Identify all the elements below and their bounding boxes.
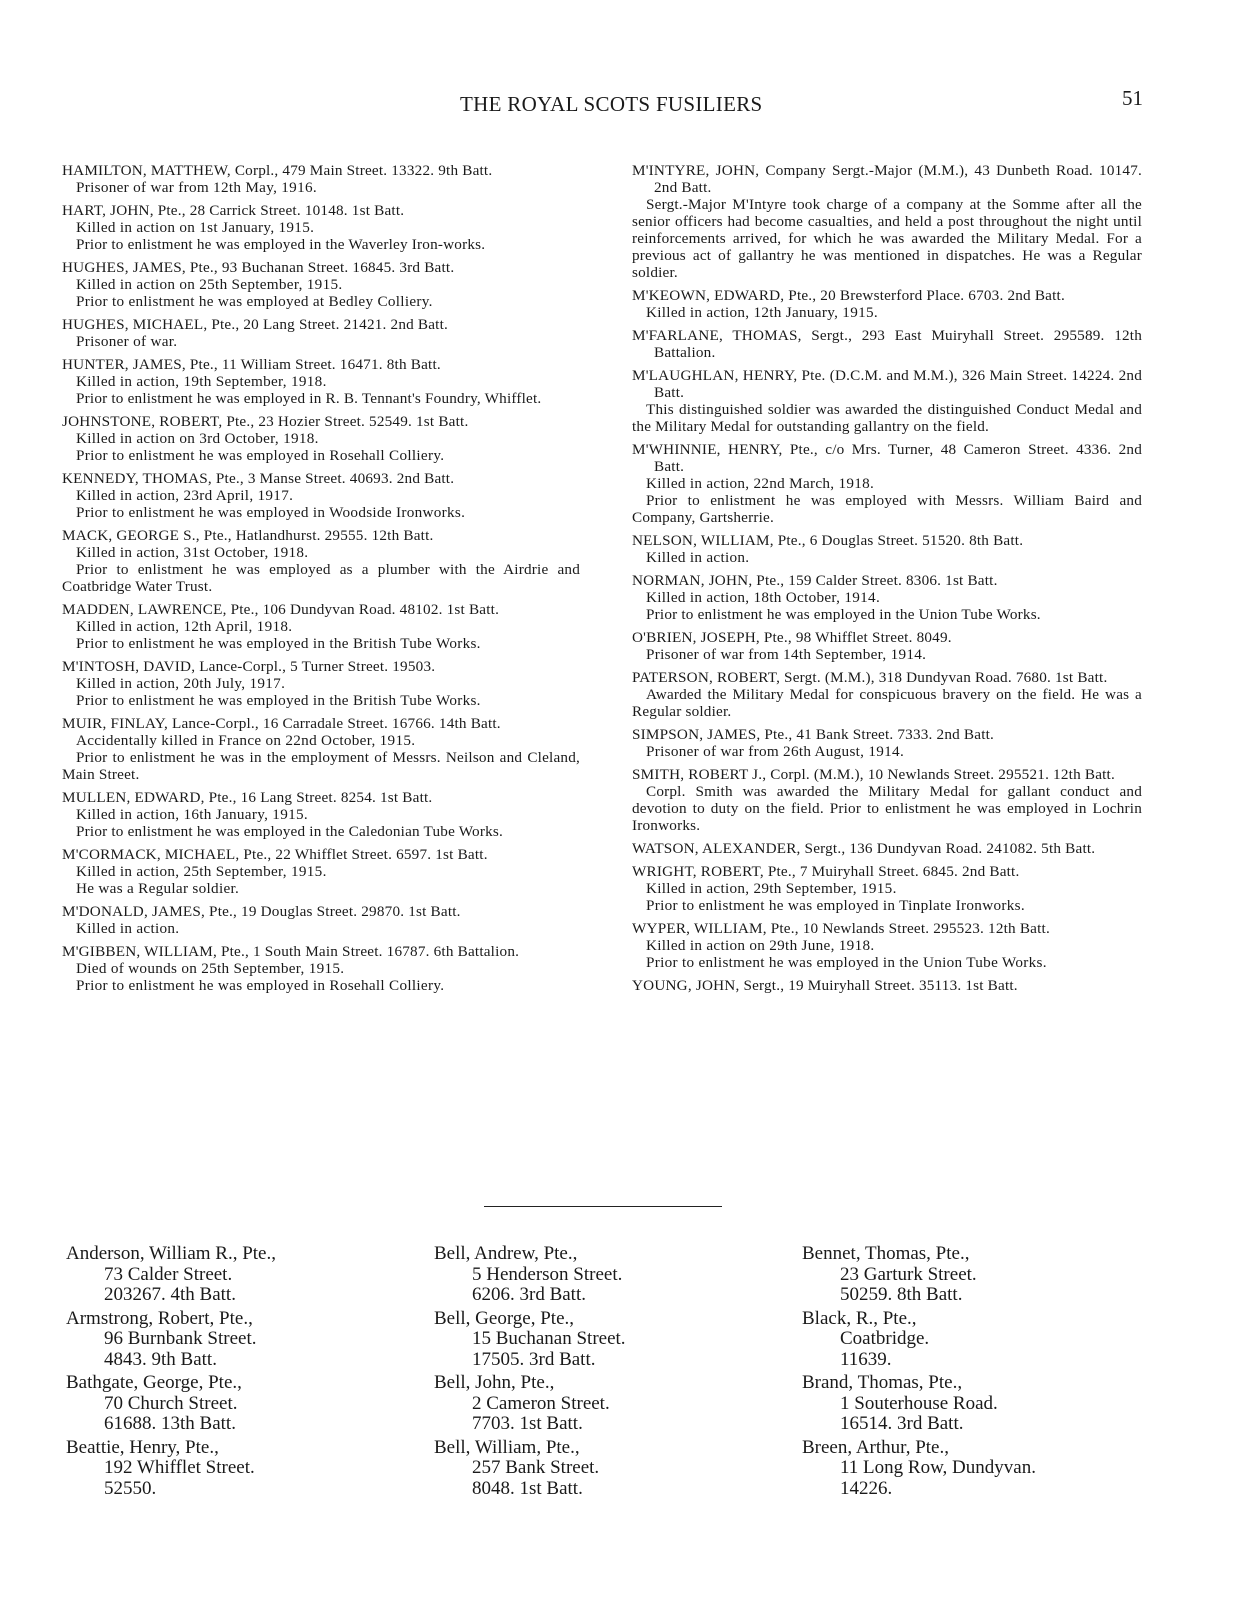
entry-heading: HART, JOHN, Pte., 28 Carrick Street. 101… bbox=[62, 202, 580, 219]
entry-note: Killed in action, 18th October, 1914. bbox=[632, 589, 1142, 606]
entry-note: Prior to enlistment he was employed at B… bbox=[62, 293, 580, 310]
roll-number: 52550. bbox=[66, 1479, 406, 1500]
roll-number: 6206. 3rd Batt. bbox=[434, 1285, 774, 1306]
roll-address: 2 Cameron Street. bbox=[434, 1394, 774, 1415]
casualty-entry: HAMILTON, MATTHEW, Corpl., 479 Main Stre… bbox=[62, 162, 580, 196]
entry-heading: JOHNSTONE, ROBERT, Pte., 23 Hozier Stree… bbox=[62, 413, 580, 430]
casualty-entry: WYPER, WILLIAM, Pte., 10 Newlands Street… bbox=[632, 920, 1142, 971]
roll-entry: Brand, Thomas, Pte.,1 Souterhouse Road.1… bbox=[802, 1373, 1142, 1435]
entry-heading: M'WHINNIE, HENRY, Pte., c/o Mrs. Turner,… bbox=[632, 441, 1142, 475]
casualty-entry: MACK, GEORGE S., Pte., Hatlandhurst. 295… bbox=[62, 527, 580, 595]
roll-entry: Bell, Andrew, Pte.,5 Henderson Street.62… bbox=[434, 1244, 774, 1306]
entry-note: Killed in action, 20th July, 1917. bbox=[62, 675, 580, 692]
roll-name: Bell, John, Pte., bbox=[434, 1373, 774, 1394]
entry-heading: HAMILTON, MATTHEW, Corpl., 479 Main Stre… bbox=[62, 162, 580, 179]
right-column: M'INTYRE, JOHN, Company Sergt.-Major (M.… bbox=[632, 162, 1142, 1000]
entry-heading: M'CORMACK, MICHAEL, Pte., 22 Whifflet St… bbox=[62, 846, 580, 863]
roll-number: 11639. bbox=[802, 1350, 1142, 1371]
roll-number: 61688. 13th Batt. bbox=[66, 1414, 406, 1435]
roll-name: Black, R., Pte., bbox=[802, 1309, 1142, 1330]
entry-paragraph: Prior to enlistment he was employed in t… bbox=[62, 823, 580, 840]
roll-entry: Bell, John, Pte.,2 Cameron Street.7703. … bbox=[434, 1373, 774, 1435]
entry-note: Prior to enlistment he was employed in R… bbox=[62, 977, 580, 994]
casualty-entry: SIMPSON, JAMES, Pte., 41 Bank Street. 73… bbox=[632, 726, 1142, 760]
entry-note: Prisoner of war from 14th September, 191… bbox=[632, 646, 1142, 663]
entry-paragraph: Awarded the Military Medal for conspicuo… bbox=[632, 686, 1142, 720]
roll-name: Brand, Thomas, Pte., bbox=[802, 1373, 1142, 1394]
roll-name: Anderson, William R., Pte., bbox=[66, 1244, 406, 1265]
casualty-entry: HUNTER, JAMES, Pte., 11 William Street. … bbox=[62, 356, 580, 407]
entry-note: Accidentally killed in France on 22nd Oc… bbox=[62, 732, 580, 749]
casualty-entry: M'WHINNIE, HENRY, Pte., c/o Mrs. Turner,… bbox=[632, 441, 1142, 526]
roll-entry: Black, R., Pte.,Coatbridge.11639. bbox=[802, 1309, 1142, 1371]
entry-heading: HUGHES, JAMES, Pte., 93 Buchanan Street.… bbox=[62, 259, 580, 276]
casualty-entry: O'BRIEN, JOSEPH, Pte., 98 Whifflet Stree… bbox=[632, 629, 1142, 663]
entry-heading: PATERSON, ROBERT, Sergt. (M.M.), 318 Dun… bbox=[632, 669, 1142, 686]
entry-heading: M'LAUGHLAN, HENRY, Pte. (D.C.M. and M.M.… bbox=[632, 367, 1142, 401]
entry-note: Prior to enlistment he was employed in W… bbox=[62, 504, 580, 521]
roll-name: Breen, Arthur, Pte., bbox=[802, 1438, 1142, 1459]
running-title: THE ROYAL SCOTS FUSILIERS bbox=[460, 92, 763, 117]
entry-heading: MULLEN, EDWARD, Pte., 16 Lang Street. 82… bbox=[62, 789, 580, 806]
roll-address: 11 Long Row, Dundyvan. bbox=[802, 1458, 1142, 1479]
roll-address: 5 Henderson Street. bbox=[434, 1265, 774, 1286]
entry-paragraph: Prior to enlistment he was employed in t… bbox=[62, 236, 580, 253]
entry-note: Prior to enlistment he was employed in t… bbox=[632, 954, 1142, 971]
casualty-entry: JOHNSTONE, ROBERT, Pte., 23 Hozier Stree… bbox=[62, 413, 580, 464]
casualty-entry: HUGHES, JAMES, Pte., 93 Buchanan Street.… bbox=[62, 259, 580, 310]
entry-heading: HUGHES, MICHAEL, Pte., 20 Lang Street. 2… bbox=[62, 316, 580, 333]
entry-note: Killed in action, 31st October, 1918. bbox=[62, 544, 580, 561]
entry-heading: M'KEOWN, EDWARD, Pte., 20 Brewsterford P… bbox=[632, 287, 1142, 304]
roll-address: 192 Whifflet Street. bbox=[66, 1458, 406, 1479]
casualty-entry: M'LAUGHLAN, HENRY, Pte. (D.C.M. and M.M.… bbox=[632, 367, 1142, 435]
casualty-entry: MADDEN, LAWRENCE, Pte., 106 Dundyvan Roa… bbox=[62, 601, 580, 652]
entry-note: Killed in action, 12th January, 1915. bbox=[632, 304, 1142, 321]
roll-address: Coatbridge. bbox=[802, 1329, 1142, 1350]
roll-entry: Breen, Arthur, Pte.,11 Long Row, Dundyva… bbox=[802, 1438, 1142, 1500]
entry-paragraph: Prior to enlistment he was employed with… bbox=[632, 492, 1142, 526]
casualty-entry: HUGHES, MICHAEL, Pte., 20 Lang Street. 2… bbox=[62, 316, 580, 350]
entry-note: Killed in action. bbox=[62, 920, 580, 937]
casualty-entry: PATERSON, ROBERT, Sergt. (M.M.), 318 Dun… bbox=[632, 669, 1142, 720]
entry-note: Prisoner of war. bbox=[62, 333, 580, 350]
roll-number: 17505. 3rd Batt. bbox=[434, 1350, 774, 1371]
entry-note: Killed in action on 25th September, 1915… bbox=[62, 276, 580, 293]
entry-heading: MACK, GEORGE S., Pte., Hatlandhurst. 295… bbox=[62, 527, 580, 544]
casualty-entry: M'GIBBEN, WILLIAM, Pte., 1 South Main St… bbox=[62, 943, 580, 994]
roll-entry: Anderson, William R., Pte.,73 Calder Str… bbox=[66, 1244, 406, 1306]
casualty-entry: MUIR, FINLAY, Lance-Corpl., 16 Carradale… bbox=[62, 715, 580, 783]
casualty-entry: M'KEOWN, EDWARD, Pte., 20 Brewsterford P… bbox=[632, 287, 1142, 321]
entry-heading: SMITH, ROBERT J., Corpl. (M.M.), 10 Newl… bbox=[632, 766, 1142, 783]
entry-heading: NELSON, WILLIAM, Pte., 6 Douglas Street.… bbox=[632, 532, 1142, 549]
entry-heading: M'INTYRE, JOHN, Company Sergt.-Major (M.… bbox=[632, 162, 1142, 196]
roll-column-3: Bennet, Thomas, Pte.,23 Garturk Street.5… bbox=[802, 1244, 1142, 1502]
entry-note: Killed in action, 23rd April, 1917. bbox=[62, 487, 580, 504]
entry-paragraph: Prior to enlistment he was employed in t… bbox=[632, 606, 1142, 623]
casualty-entry: WATSON, ALEXANDER, Sergt., 136 Dundyvan … bbox=[632, 840, 1142, 857]
left-column: HAMILTON, MATTHEW, Corpl., 479 Main Stre… bbox=[62, 162, 580, 1000]
entry-note: Prior to enlistment he was employed in T… bbox=[632, 897, 1142, 914]
casualty-entry: M'DONALD, JAMES, Pte., 19 Douglas Street… bbox=[62, 903, 580, 937]
roll-entry: Beattie, Henry, Pte.,192 Whifflet Street… bbox=[66, 1438, 406, 1500]
roll-address: 73 Calder Street. bbox=[66, 1265, 406, 1286]
roll-name: Bell, Andrew, Pte., bbox=[434, 1244, 774, 1265]
roll-name: Armstrong, Robert, Pte., bbox=[66, 1309, 406, 1330]
entry-heading: YOUNG, JOHN, Sergt., 19 Muiryhall Street… bbox=[632, 977, 1142, 994]
roll-number: 16514. 3rd Batt. bbox=[802, 1414, 1142, 1435]
entry-heading: M'INTOSH, DAVID, Lance-Corpl., 5 Turner … bbox=[62, 658, 580, 675]
roll-number: 50259. 8th Batt. bbox=[802, 1285, 1142, 1306]
entry-heading: M'GIBBEN, WILLIAM, Pte., 1 South Main St… bbox=[62, 943, 580, 960]
entry-paragraph: Prior to enlistment he was employed in R… bbox=[62, 390, 580, 407]
roll-name: Bell, George, Pte., bbox=[434, 1309, 774, 1330]
entry-note: Prisoner of war from 26th August, 1914. bbox=[632, 743, 1142, 760]
entry-heading: WYPER, WILLIAM, Pte., 10 Newlands Street… bbox=[632, 920, 1142, 937]
entry-heading: MUIR, FINLAY, Lance-Corpl., 16 Carradale… bbox=[62, 715, 580, 732]
roll-number: 8048. 1st Batt. bbox=[434, 1479, 774, 1500]
entry-note: Prior to enlistment he was employed in t… bbox=[62, 635, 580, 652]
entry-heading: WATSON, ALEXANDER, Sergt., 136 Dundyvan … bbox=[632, 840, 1142, 857]
entry-note: Prior to enlistment he was employed in t… bbox=[62, 692, 580, 709]
roll-entry: Bathgate, George, Pte.,70 Church Street.… bbox=[66, 1373, 406, 1435]
entry-note: Prior to enlistment he was employed in R… bbox=[62, 447, 580, 464]
roll-column-2: Bell, Andrew, Pte.,5 Henderson Street.62… bbox=[434, 1244, 774, 1502]
casualty-entry: M'FARLANE, THOMAS, Sergt., 293 East Muir… bbox=[632, 327, 1142, 361]
entry-paragraph: Prior to enlistment he was employed as a… bbox=[62, 561, 580, 595]
entry-heading: WRIGHT, ROBERT, Pte., 7 Muiryhall Street… bbox=[632, 863, 1142, 880]
entry-paragraph: Sergt.-Major M'Intyre took charge of a c… bbox=[632, 196, 1142, 281]
entry-heading: KENNEDY, THOMAS, Pte., 3 Manse Street. 4… bbox=[62, 470, 580, 487]
entry-heading: M'FARLANE, THOMAS, Sergt., 293 East Muir… bbox=[632, 327, 1142, 361]
entry-heading: HUNTER, JAMES, Pte., 11 William Street. … bbox=[62, 356, 580, 373]
entry-note: Prisoner of war from 12th May, 1916. bbox=[62, 179, 580, 196]
casualty-entry: YOUNG, JOHN, Sergt., 19 Muiryhall Street… bbox=[632, 977, 1142, 994]
roll-address: 70 Church Street. bbox=[66, 1394, 406, 1415]
entry-heading: NORMAN, JOHN, Pte., 159 Calder Street. 8… bbox=[632, 572, 1142, 589]
casualty-entry: WRIGHT, ROBERT, Pte., 7 Muiryhall Street… bbox=[632, 863, 1142, 914]
roll-address: 96 Burnbank Street. bbox=[66, 1329, 406, 1350]
entry-paragraph: Corpl. Smith was awarded the Military Me… bbox=[632, 783, 1142, 834]
roll-name: Beattie, Henry, Pte., bbox=[66, 1438, 406, 1459]
entry-note: Killed in action, 12th April, 1918. bbox=[62, 618, 580, 635]
roll-entry: Armstrong, Robert, Pte.,96 Burnbank Stre… bbox=[66, 1309, 406, 1371]
casualty-entry: M'INTYRE, JOHN, Company Sergt.-Major (M.… bbox=[632, 162, 1142, 281]
roll-name: Bennet, Thomas, Pte., bbox=[802, 1244, 1142, 1265]
entry-note: Killed in action on 29th June, 1918. bbox=[632, 937, 1142, 954]
entry-heading: O'BRIEN, JOSEPH, Pte., 98 Whifflet Stree… bbox=[632, 629, 1142, 646]
roll-number: 14226. bbox=[802, 1479, 1142, 1500]
roll-number: 203267. 4th Batt. bbox=[66, 1285, 406, 1306]
entry-paragraph: Prior to enlistment he was in the employ… bbox=[62, 749, 580, 783]
entry-heading: M'DONALD, JAMES, Pte., 19 Douglas Street… bbox=[62, 903, 580, 920]
entry-note: Killed in action on 3rd October, 1918. bbox=[62, 430, 580, 447]
roll-address: 1 Souterhouse Road. bbox=[802, 1394, 1142, 1415]
casualty-entry: M'INTOSH, DAVID, Lance-Corpl., 5 Turner … bbox=[62, 658, 580, 709]
roll-address: 23 Garturk Street. bbox=[802, 1265, 1142, 1286]
roll-address: 15 Buchanan Street. bbox=[434, 1329, 774, 1350]
entry-note: Killed in action on 1st January, 1915. bbox=[62, 219, 580, 236]
roll-name: Bell, William, Pte., bbox=[434, 1438, 774, 1459]
page-number: 51 bbox=[1122, 86, 1143, 111]
entry-note: Killed in action, 16th January, 1915. bbox=[62, 806, 580, 823]
entry-paragraph: This distinguished soldier was awarded t… bbox=[632, 401, 1142, 435]
roll-column-1: Anderson, William R., Pte.,73 Calder Str… bbox=[66, 1244, 406, 1502]
section-divider bbox=[484, 1206, 722, 1207]
entry-note: Died of wounds on 25th September, 1915. bbox=[62, 960, 580, 977]
roll-entry: Bennet, Thomas, Pte.,23 Garturk Street.5… bbox=[802, 1244, 1142, 1306]
entry-note: Killed in action, 29th September, 1915. bbox=[632, 880, 1142, 897]
casualty-entry: SMITH, ROBERT J., Corpl. (M.M.), 10 Newl… bbox=[632, 766, 1142, 834]
entry-note: Killed in action, 22nd March, 1918. bbox=[632, 475, 1142, 492]
casualty-entry: HART, JOHN, Pte., 28 Carrick Street. 101… bbox=[62, 202, 580, 253]
roll-name: Bathgate, George, Pte., bbox=[66, 1373, 406, 1394]
roll-address: 257 Bank Street. bbox=[434, 1458, 774, 1479]
roll-entry: Bell, George, Pte.,15 Buchanan Street.17… bbox=[434, 1309, 774, 1371]
entry-note: Killed in action. bbox=[632, 549, 1142, 566]
casualty-entry: NORMAN, JOHN, Pte., 159 Calder Street. 8… bbox=[632, 572, 1142, 623]
entry-note: Killed in action, 25th September, 1915. bbox=[62, 863, 580, 880]
roll-entry: Bell, William, Pte.,257 Bank Street.8048… bbox=[434, 1438, 774, 1500]
entry-heading: SIMPSON, JAMES, Pte., 41 Bank Street. 73… bbox=[632, 726, 1142, 743]
casualty-entry: KENNEDY, THOMAS, Pte., 3 Manse Street. 4… bbox=[62, 470, 580, 521]
roll-number: 7703. 1st Batt. bbox=[434, 1414, 774, 1435]
casualty-entry: MULLEN, EDWARD, Pte., 16 Lang Street. 82… bbox=[62, 789, 580, 840]
roll-number: 4843. 9th Batt. bbox=[66, 1350, 406, 1371]
entry-heading: MADDEN, LAWRENCE, Pte., 106 Dundyvan Roa… bbox=[62, 601, 580, 618]
entry-note: He was a Regular soldier. bbox=[62, 880, 580, 897]
casualty-entry: M'CORMACK, MICHAEL, Pte., 22 Whifflet St… bbox=[62, 846, 580, 897]
casualty-entry: NELSON, WILLIAM, Pte., 6 Douglas Street.… bbox=[632, 532, 1142, 566]
entry-note: Killed in action, 19th September, 1918. bbox=[62, 373, 580, 390]
